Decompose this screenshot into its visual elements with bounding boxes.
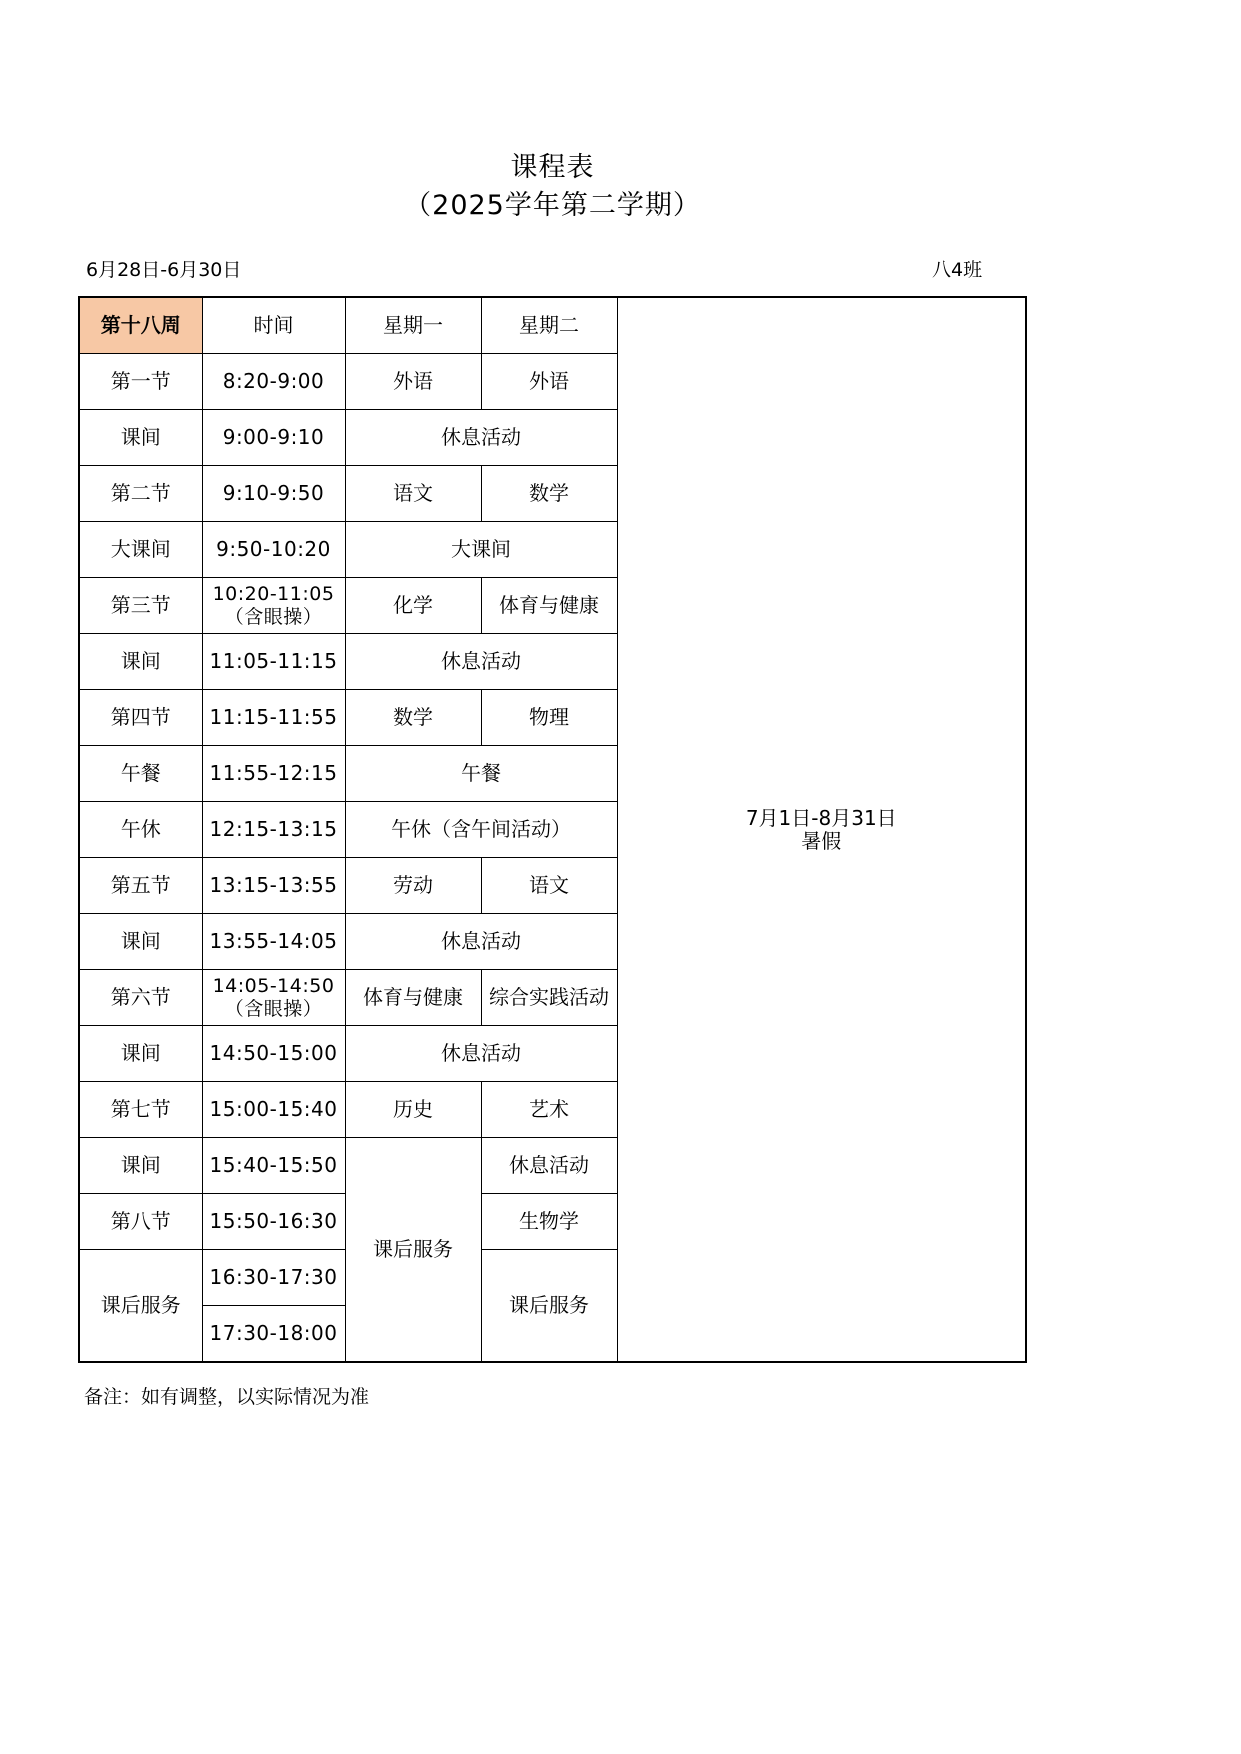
monday-cell: 体育与健康 (345, 970, 481, 1026)
summer-holiday-cell: 7月1日-8月31日 暑假 (617, 297, 1026, 1362)
holiday-label: 暑假 (801, 829, 841, 853)
period-cell: 第一节 (79, 354, 202, 410)
time-cell: 10:20-11:05 （含眼操） (202, 578, 345, 634)
period-cell: 午餐 (79, 746, 202, 802)
monday-cell: 外语 (345, 354, 481, 410)
time-cell: 11:55-12:15 (202, 746, 345, 802)
period-cell: 午休 (79, 802, 202, 858)
time-cell: 14:05-14:50 （含眼操） (202, 970, 345, 1026)
period-cell: 大课间 (79, 522, 202, 578)
holiday-dates: 7月1日-8月31日 (746, 806, 897, 830)
time-cell: 15:00-15:40 (202, 1082, 345, 1138)
table-header-row: 第十八周 时间 星期一 星期二 7月1日-8月31日 暑假 (79, 297, 1026, 354)
period-cell: 第七节 (79, 1082, 202, 1138)
time-cell: 13:55-14:05 (202, 914, 345, 970)
period-cell: 课间 (79, 1026, 202, 1082)
time-cell: 13:15-13:55 (202, 858, 345, 914)
tuesday-cell: 体育与健康 (481, 578, 617, 634)
tuesday-cell: 物理 (481, 690, 617, 746)
time-cell: 9:50-10:20 (202, 522, 345, 578)
tuesday-cell: 数学 (481, 466, 617, 522)
tuesday-cell: 休息活动 (481, 1138, 617, 1194)
week-label: 第十八周 (79, 297, 202, 354)
period-cell: 第五节 (79, 858, 202, 914)
time-cell: 9:00-9:10 (202, 410, 345, 466)
period-cell: 第六节 (79, 970, 202, 1026)
time-note: （含眼操） (203, 998, 345, 1021)
period-cell: 课间 (79, 914, 202, 970)
time-cell: 12:15-13:15 (202, 802, 345, 858)
merged-activity-cell: 休息活动 (345, 634, 617, 690)
page-title: 课程表 (0, 150, 1105, 186)
tuesday-cell: 生物学 (481, 1194, 617, 1250)
time-range: 14:05-14:50 (203, 975, 345, 998)
period-cell: 第二节 (79, 466, 202, 522)
time-cell: 15:50-16:30 (202, 1194, 345, 1250)
monday-cell: 语文 (345, 466, 481, 522)
tuesday-cell: 外语 (481, 354, 617, 410)
period-cell: 课间 (79, 634, 202, 690)
period-cell: 课间 (79, 410, 202, 466)
merged-activity-cell: 午餐 (345, 746, 617, 802)
merged-activity-cell: 休息活动 (345, 914, 617, 970)
period-cell: 课间 (79, 1138, 202, 1194)
merged-activity-cell: 休息活动 (345, 410, 617, 466)
period-cell: 第八节 (79, 1194, 202, 1250)
tuesday-cell: 综合实践活动 (481, 970, 617, 1026)
time-cell: 9:10-9:50 (202, 466, 345, 522)
time-cell: 15:40-15:50 (202, 1138, 345, 1194)
schedule-table: 第十八周 时间 星期一 星期二 7月1日-8月31日 暑假 第一节 8:20-9… (78, 296, 1027, 1363)
monday-cell: 历史 (345, 1082, 481, 1138)
time-range: 10:20-11:05 (203, 583, 345, 606)
column-header-tuesday: 星期二 (481, 297, 617, 354)
monday-cell: 数学 (345, 690, 481, 746)
time-cell: 14:50-15:00 (202, 1026, 345, 1082)
time-cell: 16:30-17:30 (202, 1250, 345, 1306)
monday-cell: 化学 (345, 578, 481, 634)
tuesday-cell: 语文 (481, 858, 617, 914)
time-cell: 11:05-11:15 (202, 634, 345, 690)
monday-after-school-cell: 课后服务 (345, 1138, 481, 1363)
period-cell: 课后服务 (79, 1250, 202, 1363)
column-header-monday: 星期一 (345, 297, 481, 354)
time-cell: 17:30-18:00 (202, 1306, 345, 1363)
monday-cell: 劳动 (345, 858, 481, 914)
class-name: 八4班 (932, 257, 982, 283)
page-subtitle: （2025学年第二学期） (0, 188, 1105, 224)
tuesday-cell: 艺术 (481, 1082, 617, 1138)
time-cell: 8:20-9:00 (202, 354, 345, 410)
time-note: （含眼操） (203, 606, 345, 629)
merged-activity-cell: 午休（含午间活动） (345, 802, 617, 858)
period-cell: 第三节 (79, 578, 202, 634)
footer-note: 备注：如有调整，以实际情况为准 (84, 1384, 369, 1410)
column-header-time: 时间 (202, 297, 345, 354)
time-cell: 11:15-11:55 (202, 690, 345, 746)
merged-activity-cell: 大课间 (345, 522, 617, 578)
merged-activity-cell: 休息活动 (345, 1026, 617, 1082)
date-range: 6月28日-6月30日 (86, 257, 241, 283)
tuesday-after-school-cell: 课后服务 (481, 1250, 617, 1363)
period-cell: 第四节 (79, 690, 202, 746)
